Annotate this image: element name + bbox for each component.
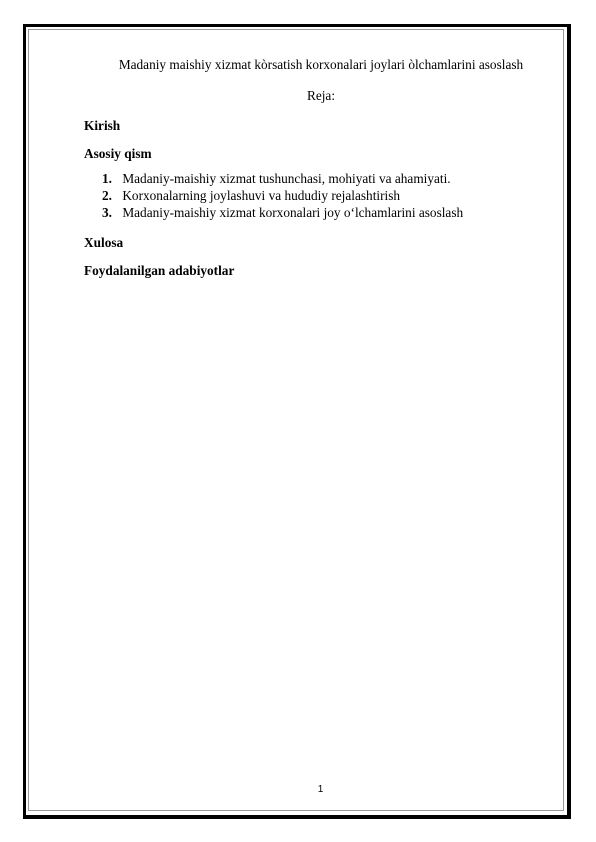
list-item-number: 1. <box>102 170 119 187</box>
section-conclusion: Xulosa <box>84 235 123 251</box>
list-item-text: Korxonalarning joylashuvi va hududiy rej… <box>122 188 400 203</box>
list-item: 3. Madaniy-maishiy xizmat korxonalari jo… <box>102 204 463 221</box>
list-item-number: 3. <box>102 204 119 221</box>
page-number: 1 <box>0 784 596 795</box>
list-item-text: Madaniy-maishiy xizmat korxonalari joy o… <box>122 205 463 220</box>
list-item: 2. Korxonalarning joylashuvi va hududiy … <box>102 187 463 204</box>
section-main: Asosiy qism <box>84 146 152 162</box>
list-item-text: Madaniy-maishiy xizmat tushunchasi, mohi… <box>122 171 450 186</box>
document-title: Madaniy maishiy xizmat kòrsatish korxona… <box>0 57 596 73</box>
section-references: Foydalanilgan adabiyotlar <box>84 263 234 279</box>
document-page: Madaniy maishiy xizmat kòrsatish korxona… <box>0 0 596 842</box>
list-item-number: 2. <box>102 187 119 204</box>
plan-list: 1. Madaniy-maishiy xizmat tushunchasi, m… <box>102 170 463 221</box>
plan-heading: Reja: <box>0 88 596 104</box>
list-item: 1. Madaniy-maishiy xizmat tushunchasi, m… <box>102 170 463 187</box>
section-intro: Kirish <box>84 118 120 134</box>
